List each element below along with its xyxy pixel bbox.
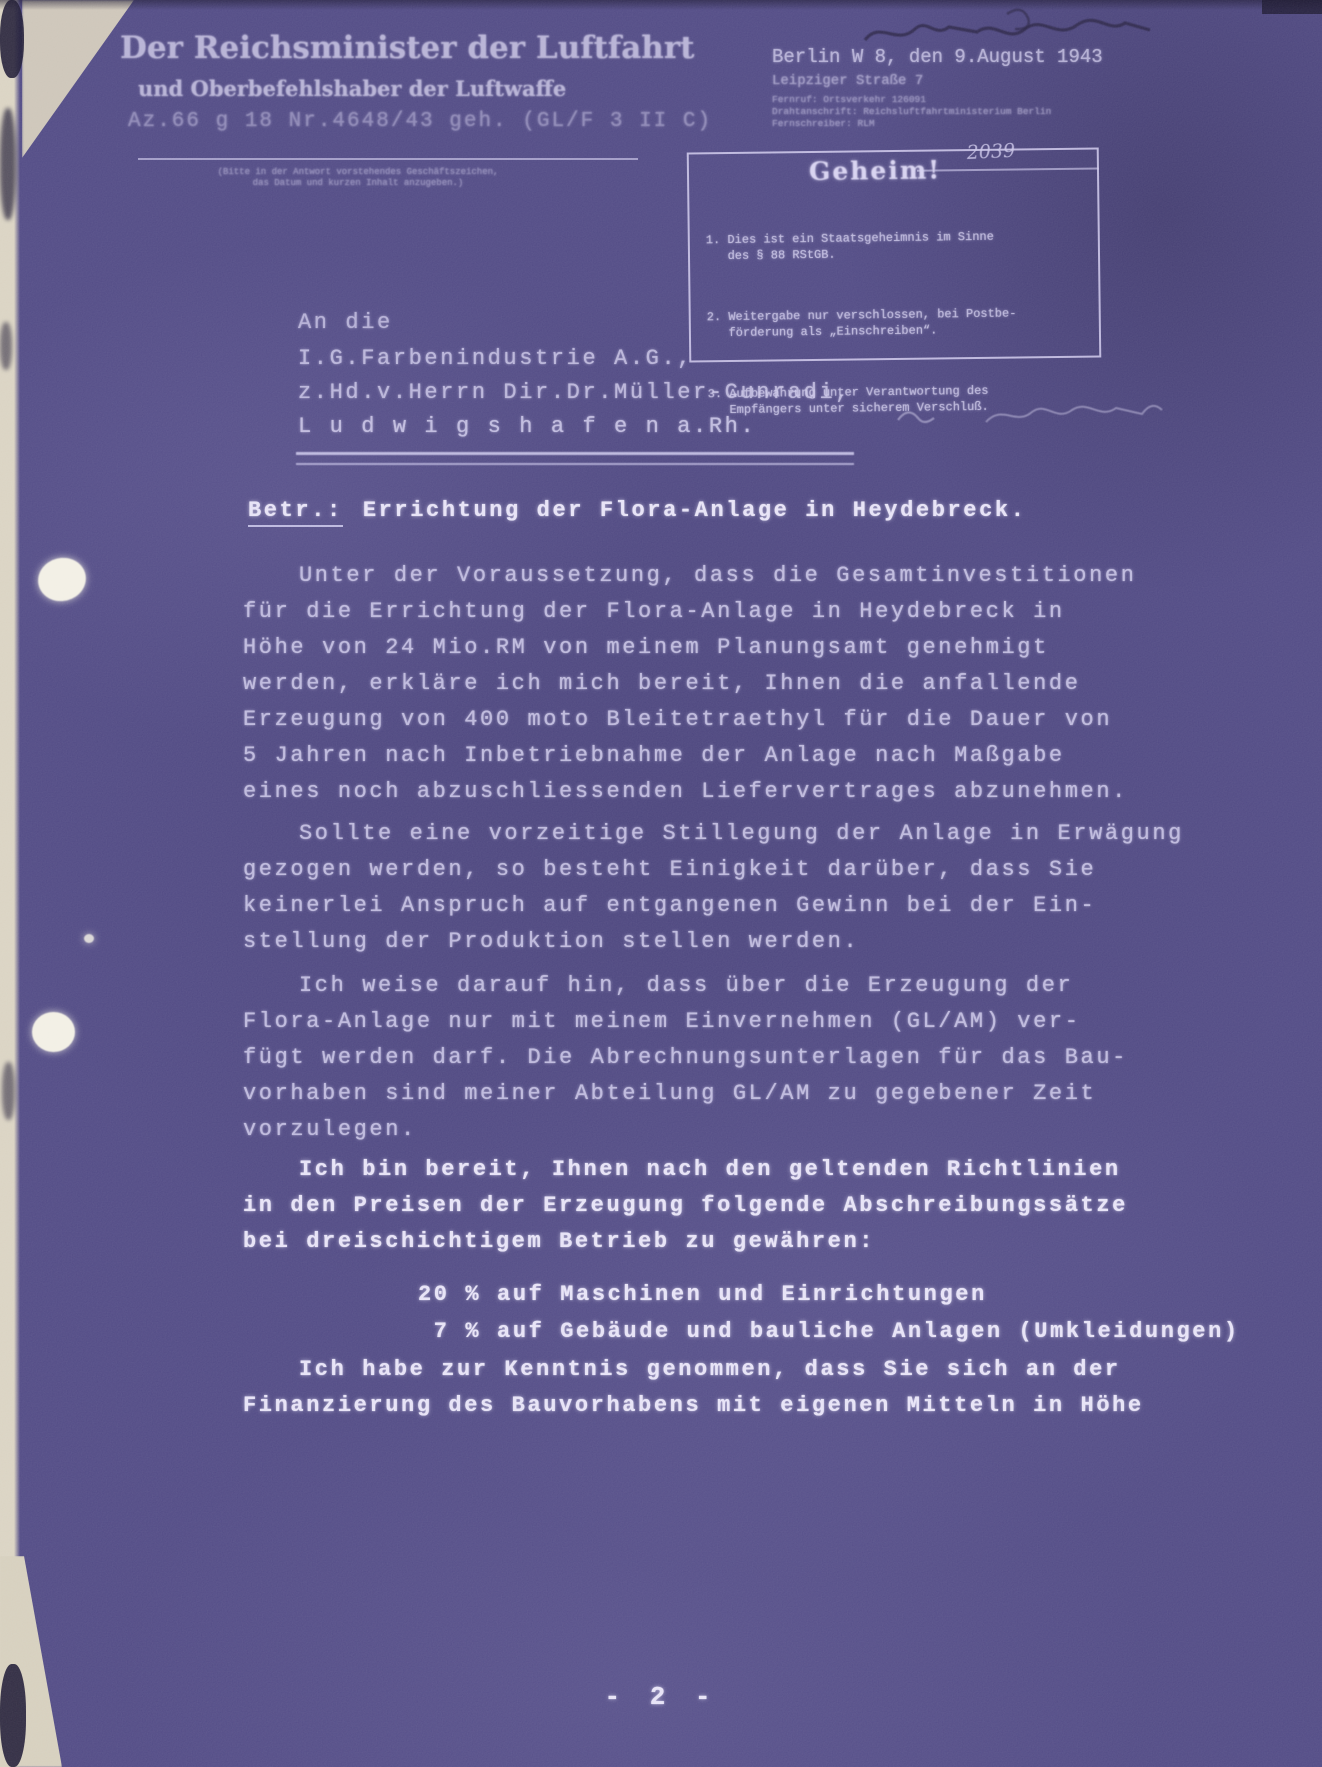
- paper-speck: [84, 934, 94, 943]
- scrawl-stroke: [865, 20, 1150, 40]
- body-paragraph-2: Sollte eine vorzeitige Stillegung der An…: [243, 816, 1208, 960]
- divider-line: [138, 158, 638, 160]
- recipient-salutation: An die: [298, 310, 393, 335]
- body-paragraph-3: Ich weise darauf hin, dass über die Erze…: [243, 968, 1208, 1148]
- street-address: Leipziger Straße 7: [772, 73, 923, 89]
- file-reference: Az.66 g 18 Nr.4648/43 geh. (GL/F 3 II C): [128, 110, 712, 133]
- paper-corner-top-left: [22, 0, 134, 158]
- recipient-city: L u d w i g s h a f e n a.Rh.: [298, 414, 756, 439]
- scan-edge-smudge: [0, 1664, 26, 1767]
- scan-edge-smudge: [0, 108, 16, 220]
- sender-name: Der Reichsminister der Luftfahrt: [120, 30, 695, 66]
- recipient-company: I.G.Farbenindustrie A.G.,: [298, 346, 693, 371]
- contact-info: Fernruf: Ortsverkehr 126091 Drahtanschri…: [772, 94, 1051, 130]
- scan-edge-smudge: [0, 0, 24, 78]
- sender-title: und Oberbefehlshaber der Luftwaffe: [138, 76, 566, 101]
- handwritten-annotation-middle: [890, 392, 1170, 442]
- punch-hole: [32, 1012, 75, 1052]
- page-number: - 2 -: [0, 1682, 1322, 1712]
- punch-hole: [34, 553, 91, 606]
- scan-edge-smudge: [2, 1062, 15, 1120]
- subject-text: Errichtung der Flora-Anlage in Heydebrec…: [363, 498, 1027, 523]
- subject-label: Betr.:: [248, 498, 343, 527]
- stamp-number-annotation: 2039: [966, 140, 1015, 164]
- handwritten-annotation-top: [855, 2, 1165, 57]
- recipient-attention: z.Hd.v.Herrn Dir.Dr.Müller-Cunradi,: [298, 380, 851, 405]
- scrawl-stroke: [1007, 10, 1029, 29]
- reply-instruction-note: (Bitte in der Antwort vorstehendes Gesch…: [188, 167, 528, 189]
- scan-edge-strip: [0, 0, 20, 1767]
- body-paragraph-4: Ich bin bereit, Ihnen nach den geltenden…: [243, 1152, 1208, 1260]
- scrawl-stroke: [898, 412, 934, 422]
- stamp-rule-2: 2. Weitergabe nur verschlossen, bei Post…: [707, 306, 1017, 342]
- body-paragraph-5: Ich habe zur Kenntnis genommen, dass Sie…: [243, 1352, 1208, 1424]
- stamp-number-underline: [917, 167, 1099, 171]
- scanned-letter-page: Der Reichsminister der Luftfahrt und Obe…: [0, 0, 1322, 1767]
- stamp-rule-1: 1. Dies ist ein Staatsgeheimnis im Sinne…: [706, 229, 1016, 265]
- subject-line: Betr.:Errichtung der Flora-Anlage in Hey…: [248, 498, 1027, 523]
- body-paragraph-1: Unter der Voraussetzung, dass die Gesamt…: [243, 558, 1208, 810]
- depreciation-rates: 20 % auf Maschinen und Einrichtungen 7 %…: [418, 1276, 1240, 1350]
- geheim-stamp: Geheim! 2039 1. Dies ist ein Staatsgehei…: [687, 147, 1102, 362]
- recipient-city-underline: [296, 452, 854, 465]
- scan-edge-smudge: [0, 322, 12, 370]
- scrawl-stroke: [986, 406, 1162, 422]
